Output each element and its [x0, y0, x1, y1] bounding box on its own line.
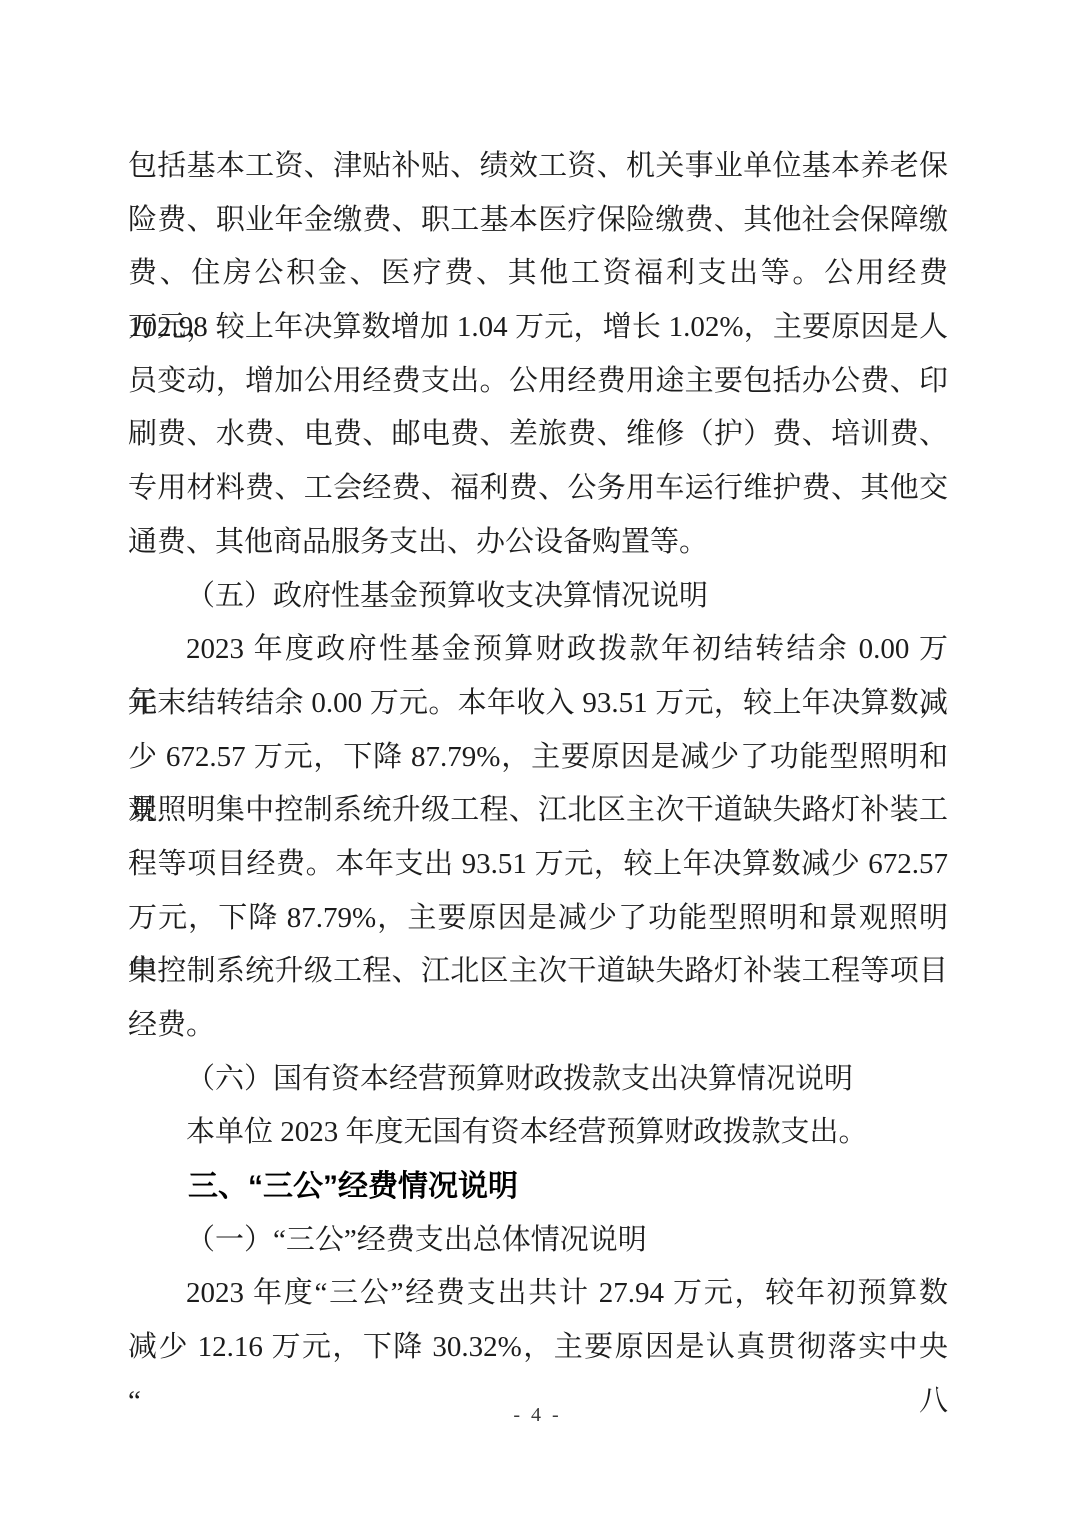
heading-section-6: （六）国有资本经营预算财政拨款支出决算情况说明: [128, 1053, 948, 1107]
page-number: - 4 -: [0, 1404, 1075, 1427]
heading-subsection-1: （一）“三公”经费支出总体情况说明: [128, 1214, 948, 1268]
text-line: 中控制系统升级工程、江北区主次干道缺失路灯补装工程等项目: [128, 945, 948, 999]
text-line: 减少 12.16 万元，下降 30.32%，主要原因是认真贯彻落实中央“八: [128, 1321, 948, 1375]
text-line: 险费、职业年金缴费、职工基本医疗保险缴费、其他社会保障缴: [128, 194, 948, 248]
text-line: 万元，较上年决算数增加 1.04 万元，增长 1.02%，主要原因是人: [128, 301, 948, 355]
text-line: 员变动，增加公用经费支出。公用经费用途主要包括办公费、印: [128, 355, 948, 409]
text-line: 观照明集中控制系统升级工程、江北区主次干道缺失路灯补装工: [128, 784, 948, 838]
text-line: 刷费、水费、电费、邮电费、差旅费、维修（护）费、培训费、: [128, 408, 948, 462]
text-line: 少 672.57 万元，下降 87.79%，主要原因是减少了功能型照明和景: [128, 731, 948, 785]
text-line: 2023 年度“三公”经费支出共计 27.94 万元，较年初预算数: [128, 1267, 948, 1321]
heading-three-public-funds: 三、“三公”经费情况说明: [128, 1160, 948, 1214]
text-line: 万元，下降 87.79%，主要原因是减少了功能型照明和景观照明集: [128, 892, 948, 946]
document-page: 包括基本工资、津贴补贴、绩效工资、机关事业单位基本养老保 险费、职业年金缴费、职…: [0, 0, 1075, 1520]
text-line: 通费、其他商品服务支出、办公设备购置等。: [128, 516, 948, 570]
text-line: 本单位 2023 年度无国有资本经营预算财政拨款支出。: [128, 1106, 948, 1160]
text-line: 年末结转结余 0.00 万元。本年收入 93.51 万元，较上年决算数减: [128, 677, 948, 731]
heading-section-5: （五）政府性基金预算收支决算情况说明: [128, 570, 948, 624]
text-line: 经费。: [128, 999, 948, 1053]
text-line: 费、住房公积金、医疗费、其他工资福利支出等。公用经费 102.98: [128, 247, 948, 301]
text-line: 程等项目经费。本年支出 93.51 万元，较上年决算数减少 672.57: [128, 838, 948, 892]
text-line: 2023 年度政府性基金预算财政拨款年初结转结余 0.00 万元，: [128, 623, 948, 677]
document-body: 包括基本工资、津贴补贴、绩效工资、机关事业单位基本养老保 险费、职业年金缴费、职…: [128, 140, 948, 1375]
text-line: 包括基本工资、津贴补贴、绩效工资、机关事业单位基本养老保: [128, 140, 948, 194]
text-line: 专用材料费、工会经费、福利费、公务用车运行维护费、其他交: [128, 462, 948, 516]
